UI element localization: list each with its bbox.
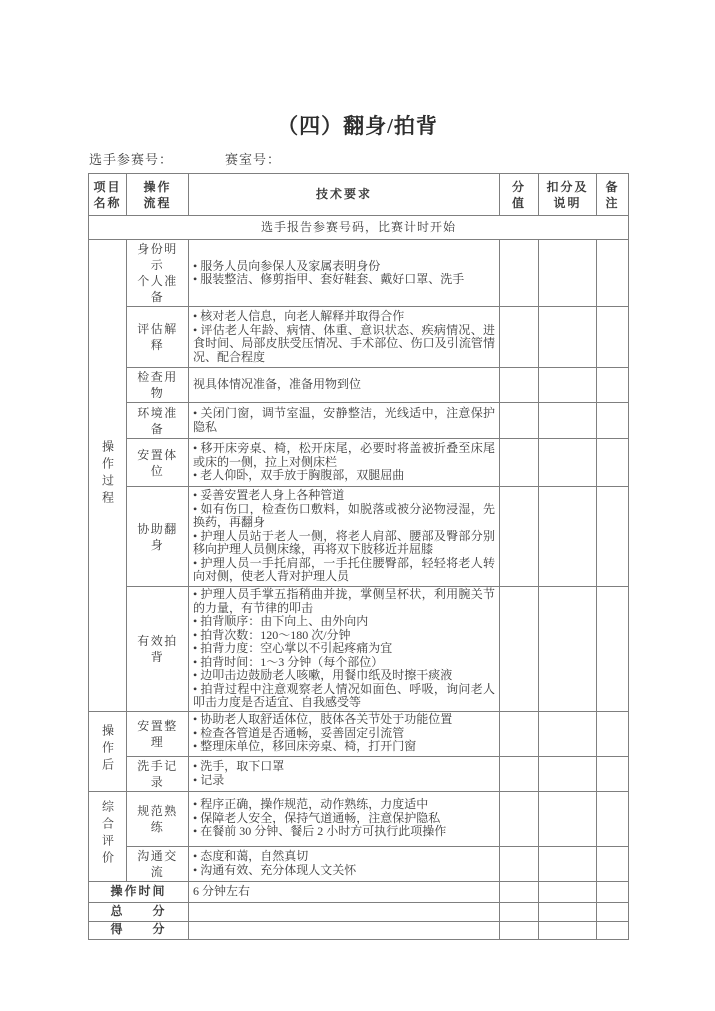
score-cell: [500, 439, 539, 487]
process-label-cell: 身份明示 个人准备: [127, 240, 189, 307]
score-cell: [500, 587, 539, 712]
start-note-cell: 选手报告参赛号码，比赛计时开始: [89, 216, 629, 240]
process-label-cell: 协助翻身: [127, 487, 189, 587]
score-cell: [500, 711, 539, 756]
table-row: 协助翻身 • 妥善安置老人身上各种管道 • 如有伤口，检查伤口敷料，如脱落或被分…: [89, 487, 629, 587]
deduction-cell: [539, 846, 597, 881]
operation-time-label: 操作时间: [89, 881, 189, 902]
deduction-cell: [539, 791, 597, 846]
requirement-item: • 关闭门窗，调节室温，安静整洁，光线适中，注意保护隐私: [193, 407, 495, 434]
gained-score-value: [189, 921, 500, 939]
requirement-item: • 老人仰卧，双手放于胸腹部，双腿屈曲: [193, 469, 495, 483]
footer-row-total-score: 总 分: [89, 902, 629, 921]
requirement-item: • 边叩击边鼓励老人咳嗽，用餐巾纸及时擦干痰液: [193, 669, 495, 683]
requirements-cell: • 态度和蔼，自然真切 • 沟通有效、充分体现人文关怀: [189, 846, 500, 881]
table-row: 操作后 安置整理 • 协助老人取舒适体位，肢体各关节处于功能位置 • 检查各管道…: [89, 711, 629, 756]
score-cell: [500, 881, 539, 902]
note-cell: [597, 368, 629, 403]
requirement-item: • 整理床单位，移回床旁桌、椅，打开门窗: [193, 740, 495, 754]
requirement-item: • 护理人员手掌五指稍曲并拢，掌侧呈杯状，利用腕关节的力量，有节律的叩击: [193, 588, 495, 615]
group-cell-after-operation: 操作后: [89, 711, 127, 791]
deduction-cell: [539, 439, 597, 487]
process-label-cell: 检查用物: [127, 368, 189, 403]
note-cell: [597, 756, 629, 791]
requirement-item: • 沟通有效、充分体现人文关怀: [193, 864, 495, 878]
requirements-cell: • 妥善安置老人身上各种管道 • 如有伤口，检查伤口敷料，如脱落或被分泌物浸湿，…: [189, 487, 500, 587]
table-row: 环境准备 • 关闭门窗，调节室温，安静整洁，光线适中，注意保护隐私: [89, 403, 629, 439]
contestant-no-label: 选手参赛号：: [89, 152, 173, 167]
score-cell: [500, 368, 539, 403]
process-label-cell: 有效拍背: [127, 587, 189, 712]
score-cell: [500, 487, 539, 587]
requirement-item: • 护理人员站于老人一侧，将老人肩部、腰部及臀部分别移向护理人员侧床缘，再将双下…: [193, 530, 495, 557]
table-row: 评估解释 • 核对老人信息，向老人解释并取得合作 • 评估老人年龄、病情、体重、…: [89, 307, 629, 368]
requirements-cell: • 关闭门窗，调节室温，安静整洁，光线适中，注意保护隐私: [189, 403, 500, 439]
requirement-item: • 协助老人取舒适体位，肢体各关节处于功能位置: [193, 713, 495, 727]
note-cell: [597, 439, 629, 487]
requirement-item: • 记录: [193, 774, 495, 788]
deduction-cell: [539, 240, 597, 307]
requirement-item: • 拍背次数：120～180 次/分钟: [193, 629, 495, 643]
process-label-cell: 环境准备: [127, 403, 189, 439]
process-label-cell: 安置整理: [127, 711, 189, 756]
group-cell-operation-process: 操作过程: [89, 240, 127, 712]
table-row: 有效拍背 • 护理人员手掌五指稍曲并拢，掌侧呈杯状，利用腕关节的力量，有节律的叩…: [89, 587, 629, 712]
note-cell: [597, 487, 629, 587]
deduction-cell: [539, 487, 597, 587]
column-header-process: 操作 流程: [127, 174, 189, 216]
score-cell: [500, 403, 539, 439]
table-row: 操作过程 身份明示 个人准备 • 服务人员向参保人及家属表明身份 • 服装整洁、…: [89, 240, 629, 307]
requirement-item: • 拍背力度：空心掌以不引起疼痛为宜: [193, 642, 495, 656]
process-label-cell: 安置体位: [127, 439, 189, 487]
requirement-item: • 移开床旁桌、椅，松开床尾，必要时将盖被折叠至床尾或床的一侧，拉上对侧床栏: [193, 442, 495, 469]
score-cell: [500, 791, 539, 846]
process-label-cell: 规范熟练: [127, 791, 189, 846]
score-cell: [500, 846, 539, 881]
deduction-cell: [539, 368, 597, 403]
requirement-item: • 程序正确，操作规范，动作熟练，力度适中: [193, 798, 495, 812]
total-score-label: 总 分: [89, 902, 189, 921]
note-cell: [597, 587, 629, 712]
note-cell: [597, 921, 629, 939]
group-cell-overall-evaluation: 综合评价: [89, 791, 127, 881]
footer-row-gained-score: 得 分: [89, 921, 629, 939]
table-row: 沟通交流 • 态度和蔼，自然真切 • 沟通有效、充分体现人文关怀: [89, 846, 629, 881]
deduction-cell: [539, 711, 597, 756]
requirements-cell: • 服务人员向参保人及家属表明身份 • 服装整洁、修剪指甲、套好鞋套、戴好口罩、…: [189, 240, 500, 307]
note-cell: [597, 902, 629, 921]
note-cell: [597, 240, 629, 307]
column-header-requirements: 技术要求: [189, 174, 500, 216]
requirements-cell: 视具体情况准备，准备用物到位: [189, 368, 500, 403]
column-header-deduction: 扣分及 说明: [539, 174, 597, 216]
requirement-item: • 核对老人信息，向老人解释并取得合作: [193, 310, 495, 324]
requirement-item: • 态度和蔼，自然真切: [193, 850, 495, 864]
score-cell: [500, 921, 539, 939]
requirement-item: • 拍背顺序：由下向上、由外向内: [193, 615, 495, 629]
meta-line: 选手参赛号：赛室号：: [89, 149, 715, 168]
start-note-row: 选手报告参赛号码，比赛计时开始: [89, 216, 629, 240]
requirement-item: • 拍背过程中注意观察老人情况如面色、呼吸，询问老人叩击力度是否适宜、自我感受等: [193, 683, 495, 710]
note-cell: [597, 307, 629, 368]
deduction-cell: [539, 921, 597, 939]
table-row: 检查用物 视具体情况准备，准备用物到位: [89, 368, 629, 403]
table-row: 安置体位 • 移开床旁桌、椅，松开床尾，必要时将盖被折叠至床尾或床的一侧，拉上对…: [89, 439, 629, 487]
score-cell: [500, 902, 539, 921]
score-cell: [500, 307, 539, 368]
requirement-item: • 如有伤口，检查伤口敷料，如脱落或被分泌物浸湿，先换药，再翻身: [193, 503, 495, 530]
score-sheet-table: 项目 名称 操作 流程 技术要求 分 值 扣分及 说明 备 注 选手报告参: [88, 173, 629, 940]
requirements-cell: • 协助老人取舒适体位，肢体各关节处于功能位置 • 检查各管道是否通畅，妥善固定…: [189, 711, 500, 756]
deduction-cell: [539, 403, 597, 439]
deduction-cell: [539, 881, 597, 902]
gained-score-label: 得 分: [89, 921, 189, 939]
note-cell: [597, 711, 629, 756]
process-label-cell: 评估解释: [127, 307, 189, 368]
score-cell: [500, 756, 539, 791]
requirements-cell: • 程序正确，操作规范，动作熟练，力度适中 • 保障老人安全，保持气道通畅，注意…: [189, 791, 500, 846]
note-cell: [597, 791, 629, 846]
requirement-item: • 洗手，取下口罩: [193, 760, 495, 774]
requirement-item: • 妥善安置老人身上各种管道: [193, 489, 495, 503]
note-cell: [597, 881, 629, 902]
room-no-label: 赛室号：: [225, 152, 281, 167]
document-page: （四）翻身/拍背 选手参赛号：赛室号： 项目 名称 操作 流程 技术要求 分 值: [0, 0, 715, 1011]
process-label-cell: 洗手记录: [127, 756, 189, 791]
note-cell: [597, 403, 629, 439]
requirement-item: • 护理人员一手托肩部，一手托住腰臀部，轻轻将老人转向对侧，使老人背对护理人员: [193, 557, 495, 584]
requirements-cell: • 核对老人信息，向老人解释并取得合作 • 评估老人年龄、病情、体重、意识状态、…: [189, 307, 500, 368]
requirements-cell: • 洗手，取下口罩 • 记录: [189, 756, 500, 791]
requirement-item: • 服务人员向参保人及家属表明身份: [193, 260, 495, 274]
total-score-value: [189, 902, 500, 921]
table-row: 洗手记录 • 洗手，取下口罩 • 记录: [89, 756, 629, 791]
score-cell: [500, 240, 539, 307]
deduction-cell: [539, 902, 597, 921]
deduction-cell: [539, 756, 597, 791]
requirement-item: • 服装整洁、修剪指甲、套好鞋套、戴好口罩、洗手: [193, 273, 495, 287]
requirement-item: • 评估老人年龄、病情、体重、意识状态、疾病情况、进食时间、局部皮肤受压情况、手…: [193, 324, 495, 365]
requirement-item: 视具体情况准备，准备用物到位: [193, 378, 495, 392]
column-header-item-name: 项目 名称: [89, 174, 127, 216]
page-title: （四）翻身/拍背: [0, 0, 715, 140]
deduction-cell: [539, 307, 597, 368]
requirement-item: • 在餐前 30 分钟、餐后 2 小时方可执行此项操作: [193, 825, 495, 839]
footer-row-operation-time: 操作时间 6 分钟左右: [89, 881, 629, 902]
requirements-cell: • 护理人员手掌五指稍曲并拢，掌侧呈杯状，利用腕关节的力量，有节律的叩击 • 拍…: [189, 587, 500, 712]
operation-time-value: 6 分钟左右: [189, 881, 500, 902]
column-header-note: 备 注: [597, 174, 629, 216]
table-row: 综合评价 规范熟练 • 程序正确，操作规范，动作熟练，力度适中 • 保障老人安全…: [89, 791, 629, 846]
table-header-row: 项目 名称 操作 流程 技术要求 分 值 扣分及 说明 备 注: [89, 174, 629, 216]
column-header-score: 分 值: [500, 174, 539, 216]
deduction-cell: [539, 587, 597, 712]
process-label-cell: 沟通交流: [127, 846, 189, 881]
requirement-item: • 拍背时间：1～3 分钟（每个部位）: [193, 656, 495, 670]
requirements-cell: • 移开床旁桌、椅，松开床尾，必要时将盖被折叠至床尾或床的一侧，拉上对侧床栏 •…: [189, 439, 500, 487]
note-cell: [597, 846, 629, 881]
